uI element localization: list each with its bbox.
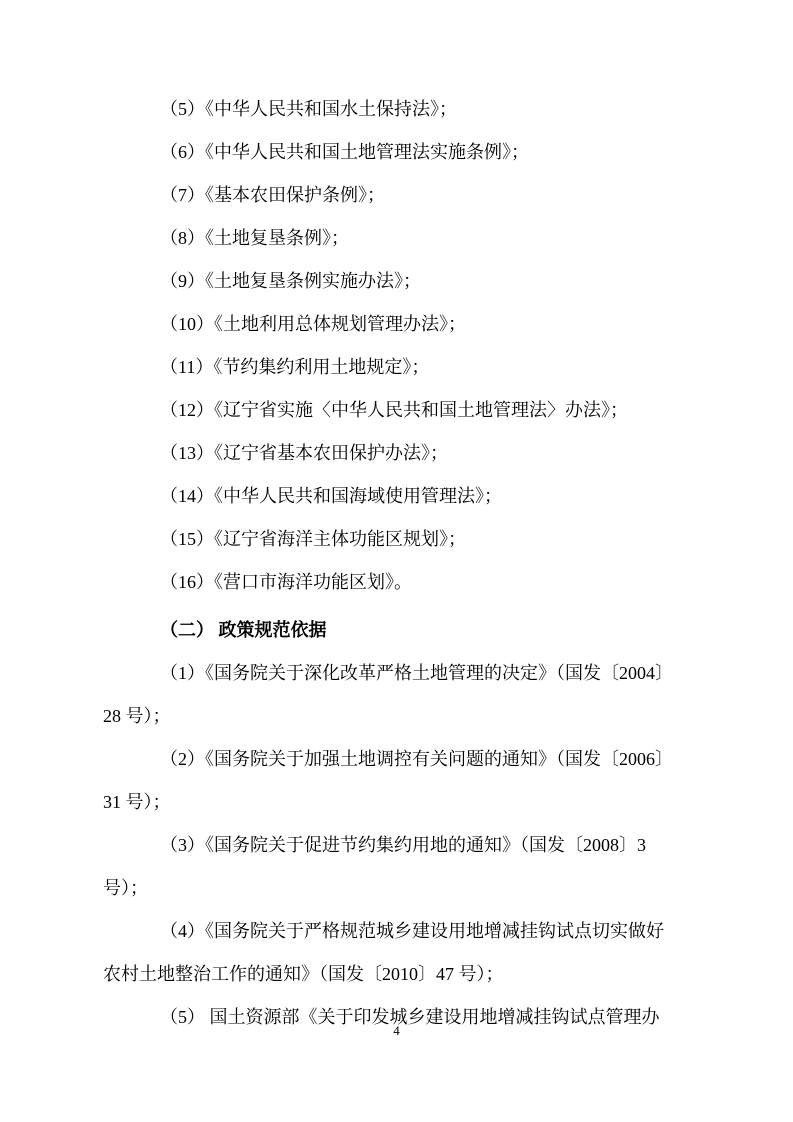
document-page: （5）《中华人民共和国水土保持法》；（6）《中华人民共和国土地管理法实施条例》；…: [0, 0, 793, 1122]
section-heading: （二） 政策规范依据: [103, 609, 683, 652]
legal-item-line: （7）《基本农田保护条例》；: [103, 174, 683, 217]
policy-paragraph-line: （3）《国务院关于促进节约集约用地的通知》（国发〔2008〕3: [103, 824, 683, 867]
policy-paragraph-line: 28 号）；: [103, 695, 683, 738]
legal-item-line: （5）《中华人民共和国水土保持法》；: [103, 88, 683, 131]
policy-paragraph-line: 农村土地整治工作的通知》（国发〔2010〕47 号）；: [103, 953, 683, 996]
policy-paragraph-line: 号）；: [103, 867, 683, 910]
page-number: 4: [0, 1021, 793, 1041]
policy-paragraph-line: 31 号）；: [103, 781, 683, 824]
legal-item-line: （12）《辽宁省实施〈中华人民共和国土地管理法〉办法》；: [103, 389, 683, 432]
policy-paragraph-line: （1）《国务院关于深化改革严格土地管理的决定》（国发〔2004〕: [103, 652, 683, 695]
legal-item-line: （10）《土地利用总体规划管理办法》；: [103, 303, 683, 346]
legal-item-line: （8）《土地复垦条例》；: [103, 217, 683, 260]
legal-item-line: （13）《辽宁省基本农田保护办法》；: [103, 432, 683, 475]
policy-paragraph-line: （2）《国务院关于加强土地调控有关问题的通知》（国发〔2006〕: [103, 738, 683, 781]
policy-paragraph-line: （4）《国务院关于严格规范城乡建设用地增减挂钩试点切实做好: [103, 910, 683, 953]
legal-item-line: （11）《节约集约利用土地规定》；: [103, 346, 683, 389]
document-body: （5）《中华人民共和国水土保持法》；（6）《中华人民共和国土地管理法实施条例》；…: [103, 88, 683, 1039]
legal-item-line: （6）《中华人民共和国土地管理法实施条例》；: [103, 131, 683, 174]
legal-item-line: （15）《辽宁省海洋主体功能区规划》；: [103, 518, 683, 561]
legal-item-line: （16）《营口市海洋功能区划》。: [103, 561, 683, 604]
legal-item-line: （9）《土地复垦条例实施办法》；: [103, 260, 683, 303]
legal-item-line: （14）《中华人民共和国海域使用管理法》；: [103, 475, 683, 518]
